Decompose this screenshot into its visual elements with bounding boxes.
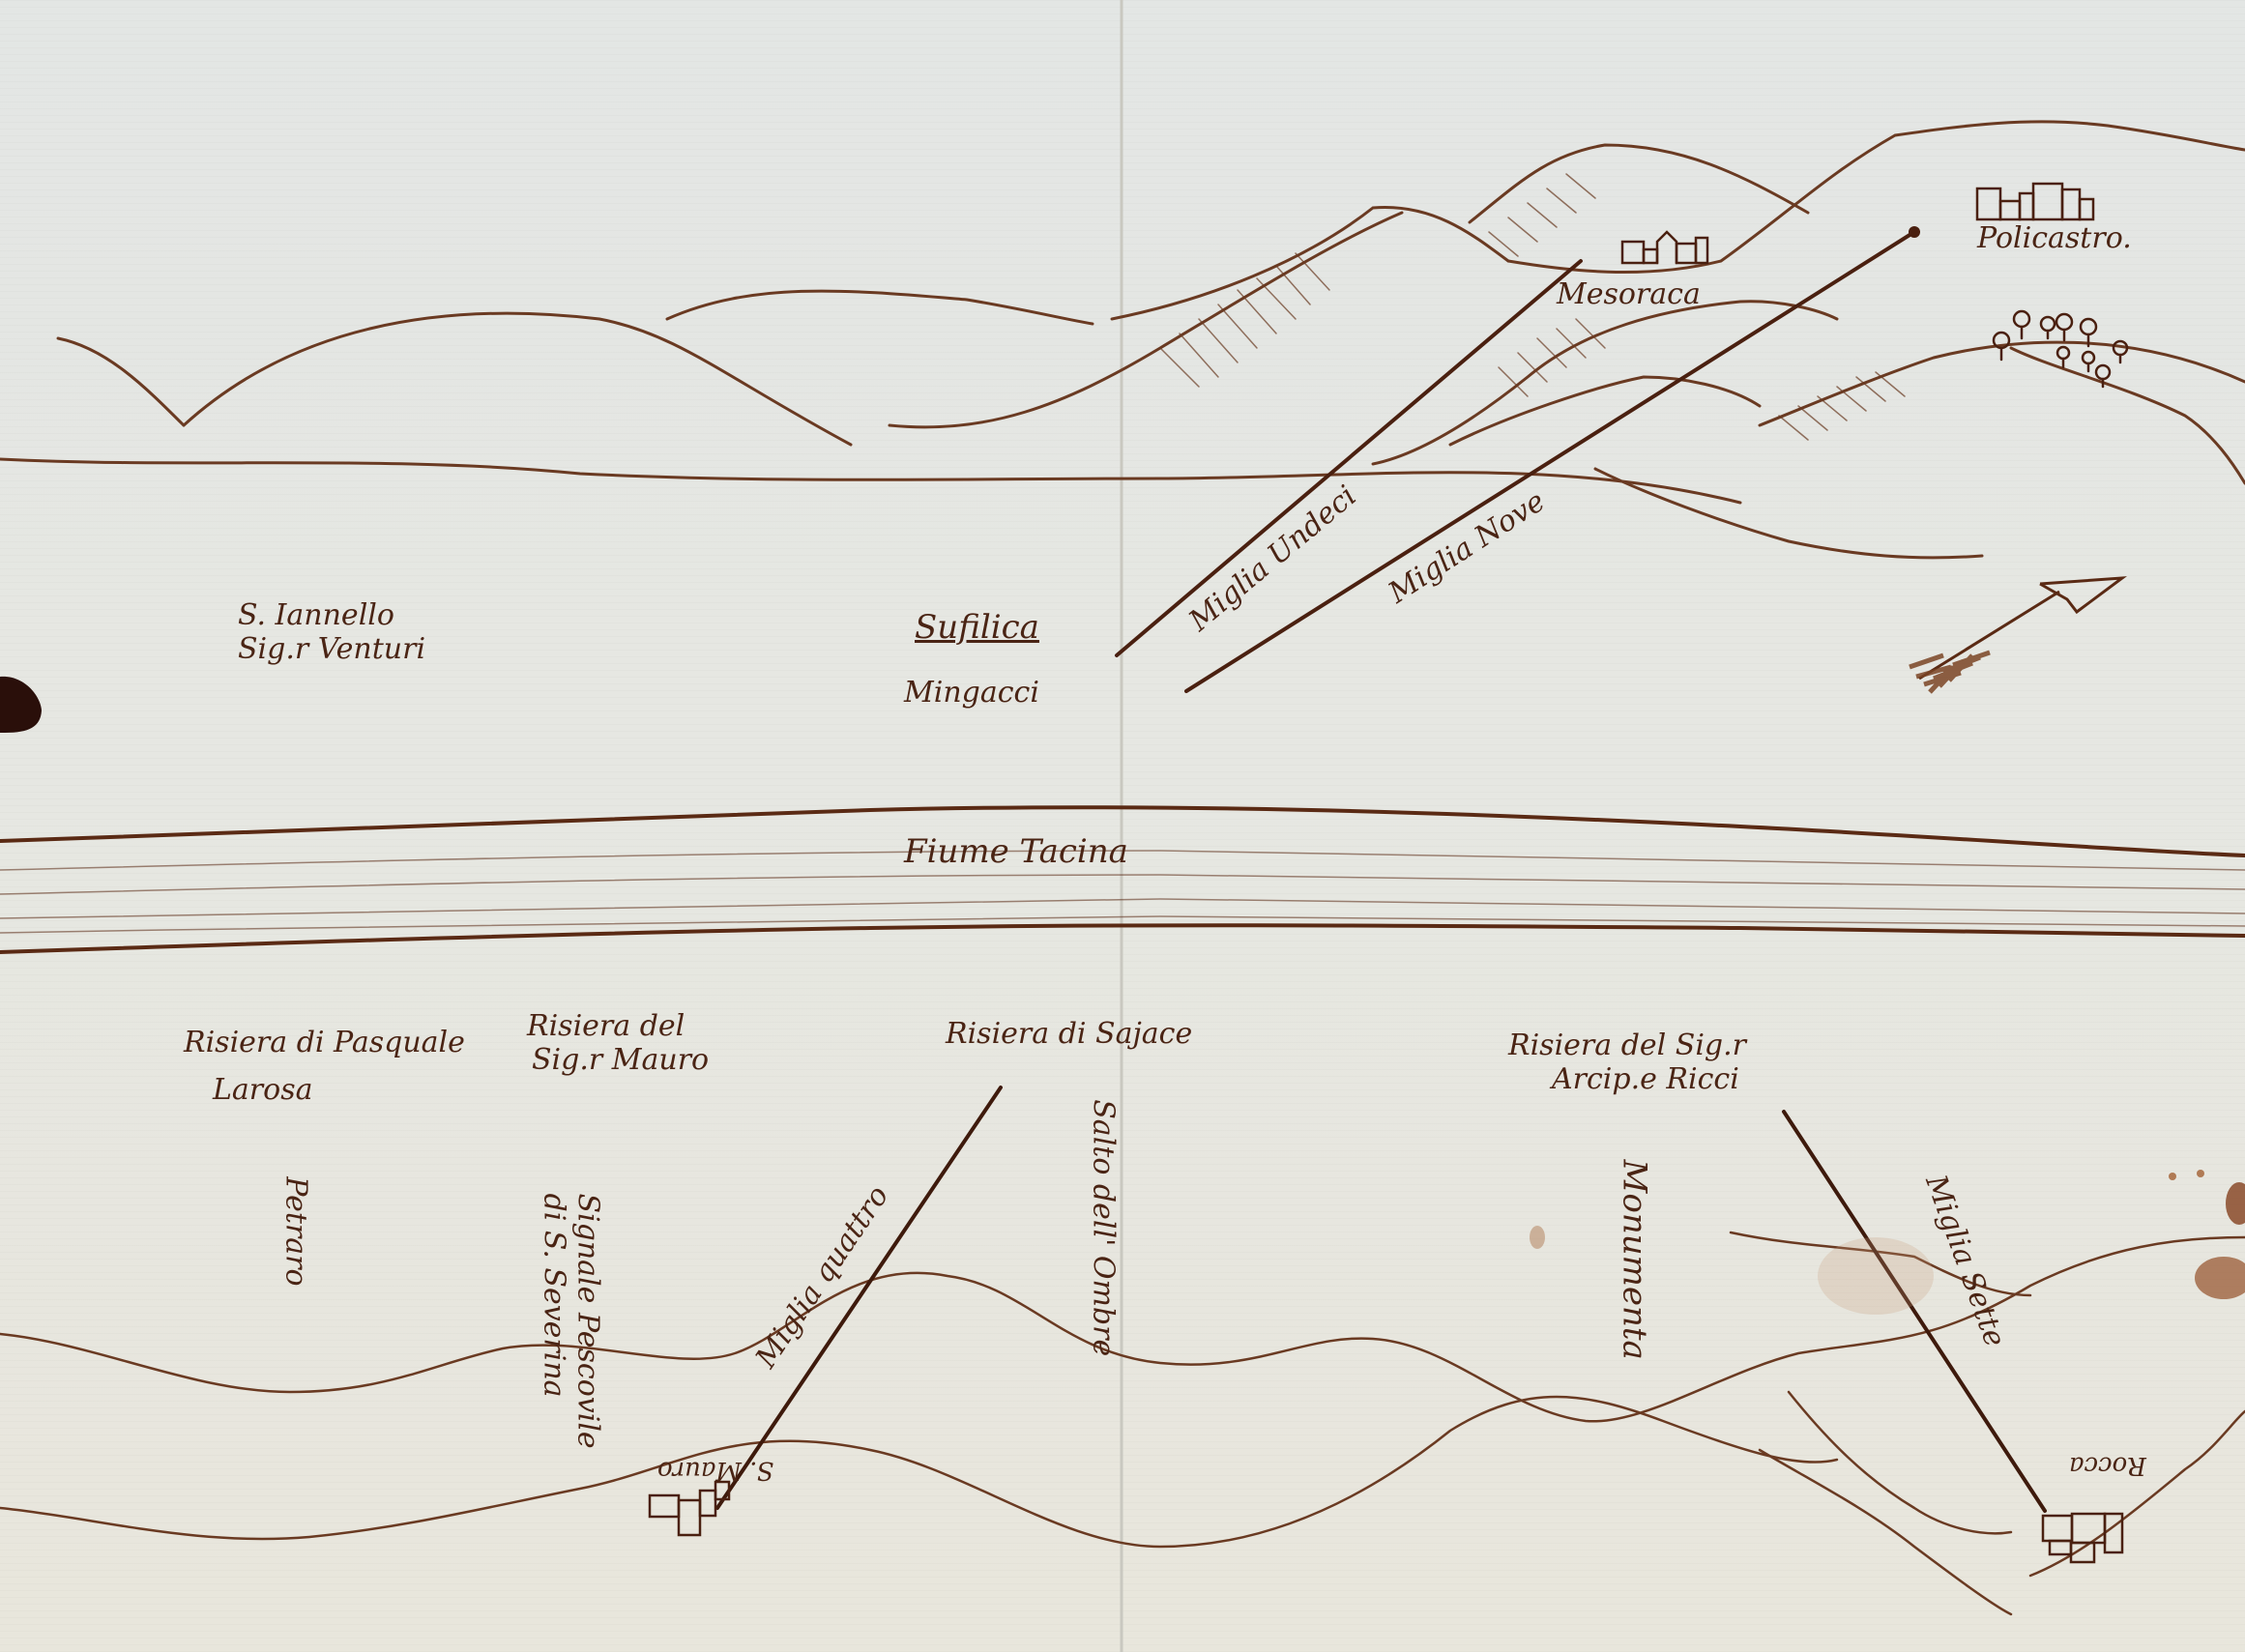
- place-label-signale: Signale Pescovile di S. Severina: [538, 1194, 604, 1449]
- place-label-s-mauro: S. Mauro: [657, 1455, 773, 1484]
- place-name: Petraro: [278, 1176, 312, 1286]
- river-label: Fiume Tacina: [904, 833, 1128, 871]
- place-name: Risiera di Pasquale: [184, 1027, 465, 1060]
- north-arrow-icon: [1910, 578, 2122, 692]
- place-name: Monumenta: [1616, 1160, 1654, 1360]
- place-label-petraro: Petraro: [278, 1176, 312, 1286]
- map-drawing: [0, 0, 2245, 1652]
- place-owner: Sig.r Venturi: [238, 633, 425, 667]
- mesoraca-town-icon: [1622, 232, 1707, 263]
- place-label-risiera-ricci: Risiera del Sig.r Arcip.e Ricci: [1508, 1029, 1746, 1096]
- place-owner: Larosa: [213, 1074, 465, 1108]
- place-owner: Mingacci: [904, 676, 1039, 710]
- rocca-town-icon: [2043, 1514, 2122, 1562]
- place-name: Risiera di Sajace: [946, 1017, 1192, 1051]
- place-label-monumenta: Monumenta: [1615, 1160, 1652, 1360]
- place-label-mingacci: Mingacci: [904, 677, 1039, 710]
- place-owner: Sig.r Mauro: [532, 1044, 709, 1078]
- endpoint-marker: [1909, 226, 1920, 238]
- river-name: Fiume Tacina: [904, 832, 1128, 871]
- policastro-town-icon: [1977, 184, 2093, 219]
- place-name: Risiera del Sig.r: [1508, 1029, 1746, 1063]
- place-name: Signale Pescovile: [570, 1194, 604, 1449]
- place-name: Risiera del: [527, 1010, 709, 1044]
- place-label-risiera-pasquale: Risiera di Pasquale Larosa: [184, 1027, 465, 1107]
- place-label-s-iannello: S. Iannello Sig.r Venturi: [238, 599, 425, 666]
- place-name: S. Mauro: [657, 1456, 773, 1485]
- place-owner: Arcip.e Ricci: [1552, 1063, 1746, 1097]
- place-label-risiera-sajace: Risiera di Sajace: [946, 1018, 1192, 1052]
- place-name: Sufilica: [915, 609, 1039, 647]
- place-name: Rocca: [2069, 1451, 2146, 1480]
- place-name: Salto dell' Ombre: [1086, 1099, 1120, 1356]
- place-name: Policastro.: [1977, 221, 2132, 255]
- place-label-mesoraca: Mesoraca: [1557, 278, 1701, 312]
- place-name: S. Iannello: [238, 599, 425, 633]
- place-label-sufilica: Sufilica: [915, 609, 1039, 647]
- place-label-risiera-mauro: Risiera del Sig.r Mauro: [527, 1010, 709, 1077]
- place-name: Mesoraca: [1557, 277, 1701, 311]
- place-owner: di S. Severina: [538, 1194, 571, 1449]
- place-label-rocca: Rocca: [2069, 1450, 2146, 1479]
- manuscript-map: S. Iannello Sig.r Venturi Sufilica Minga…: [0, 0, 2245, 1652]
- place-label-policastro: Policastro.: [1977, 222, 2132, 256]
- place-label-salto: Salto dell' Ombre: [1086, 1099, 1120, 1356]
